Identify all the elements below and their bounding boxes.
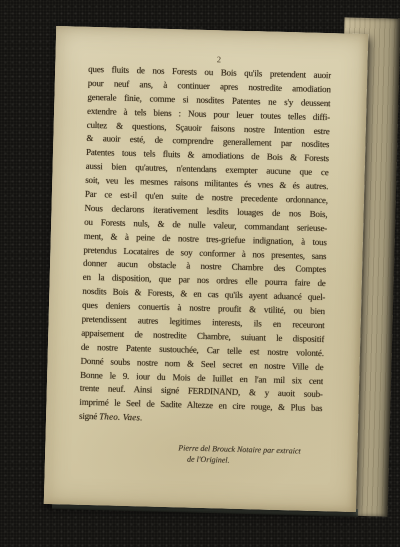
scanned-page: 2 ques fluits de nos Forests ou Bois qu'…: [44, 26, 368, 512]
signature-name: Theo. Vaes.: [99, 412, 143, 423]
text-block: 2 ques fluits de nos Forests ou Bois qu'…: [78, 51, 332, 468]
closing-prefix: signé: [79, 411, 99, 422]
scan-background: { "page": { "page_number": "2", "body_li…: [0, 0, 400, 547]
notary-note: Pierre del Brouck Notaire par extraict d…: [178, 443, 322, 468]
